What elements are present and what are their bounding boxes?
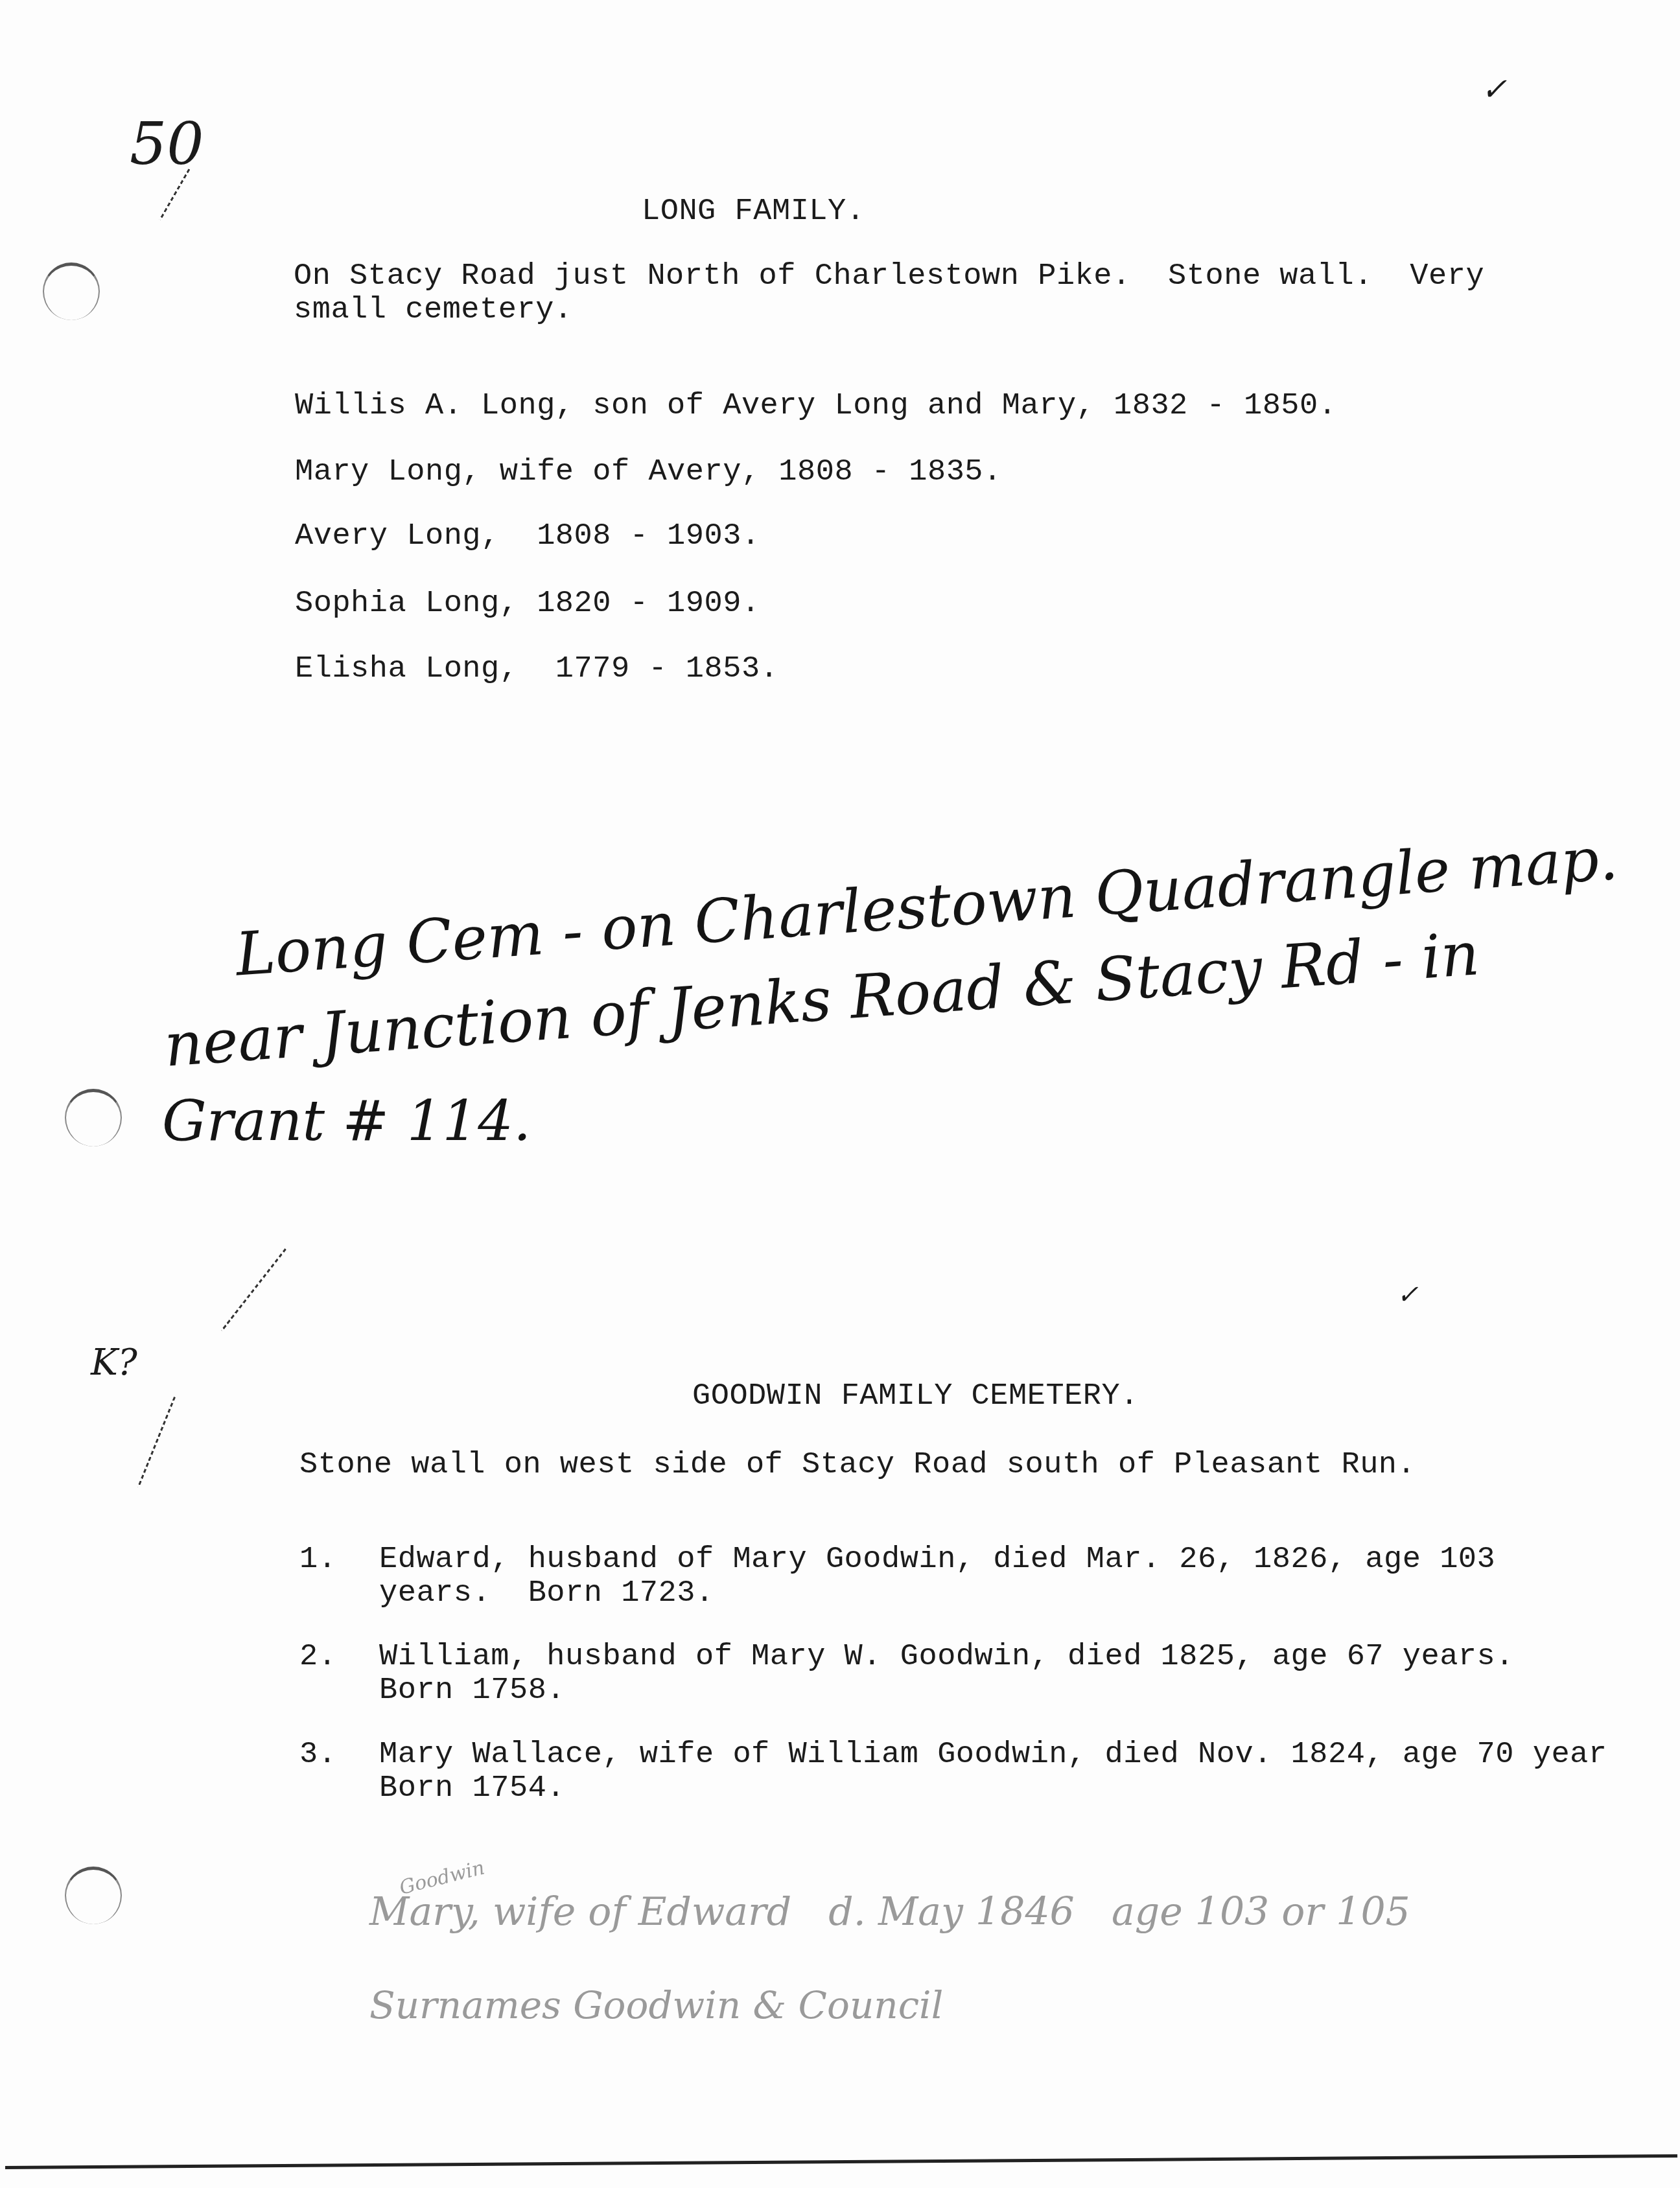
long-family-location-line2: small cemetery.: [294, 293, 573, 327]
page-bottom-edge: [5, 2154, 1677, 2169]
goodwin-entry-line1: Mary Wallace, wife of William Goodwin, d…: [379, 1738, 1607, 1772]
punch-hole-bottom: [65, 1867, 122, 1924]
long-entry: Mary Long, wife of Avery, 1808 - 1835.: [295, 455, 1002, 489]
goodwin-entry-line2: Born 1754.: [379, 1771, 565, 1806]
margin-slash-mark-lower: [137, 1397, 176, 1487]
goodwin-entry-number: 2.: [299, 1640, 336, 1674]
long-entry: Willis A. Long, son of Avery Long and Ma…: [295, 389, 1336, 423]
goodwin-entry-line2: years. Born 1723.: [379, 1576, 714, 1611]
long-entry: Elisha Long, 1779 - 1853.: [295, 652, 778, 686]
scanned-page: 50 ✓ ✓ K? LONG FAMILY. On Stacy Road jus…: [0, 0, 1680, 2188]
goodwin-entry-line2: Born 1758.: [379, 1673, 565, 1708]
long-entry: Sophia Long, 1820 - 1909.: [295, 587, 760, 621]
page-number-mark: 50: [130, 110, 204, 178]
left-margin-mark: K?: [91, 1342, 137, 1384]
pencil-note-line1: Mary, wife of Edward d. May 1846 age 103…: [369, 1889, 1410, 1935]
pencil-note-line2: Surnames Goodwin & Council: [369, 1983, 943, 2027]
punch-hole-top: [43, 262, 100, 320]
goodwin-heading: GOODWIN FAMILY CEMETERY.: [692, 1379, 1139, 1414]
long-family-location-line1: On Stacy Road just North of Charlestown …: [294, 259, 1484, 294]
handwritten-note-line3: Grant # 114.: [162, 1089, 531, 1154]
long-entry: Avery Long, 1808 - 1903.: [295, 519, 760, 553]
goodwin-entry-line1: William, husband of Mary W. Goodwin, die…: [379, 1640, 1514, 1674]
long-family-heading: LONG FAMILY.: [642, 194, 865, 229]
goodwin-entry-number: 1.: [299, 1542, 336, 1577]
margin-slash-mark-upper: [221, 1248, 286, 1331]
check-mark-goodwin: ✓: [1397, 1280, 1419, 1310]
check-mark-top-right: ✓: [1481, 71, 1507, 108]
goodwin-entry-number: 3.: [299, 1738, 336, 1772]
goodwin-location: Stone wall on west side of Stacy Road so…: [299, 1448, 1416, 1482]
goodwin-entry-line1: Edward, husband of Mary Goodwin, died Ma…: [379, 1542, 1495, 1577]
punch-hole-middle: [65, 1089, 122, 1146]
